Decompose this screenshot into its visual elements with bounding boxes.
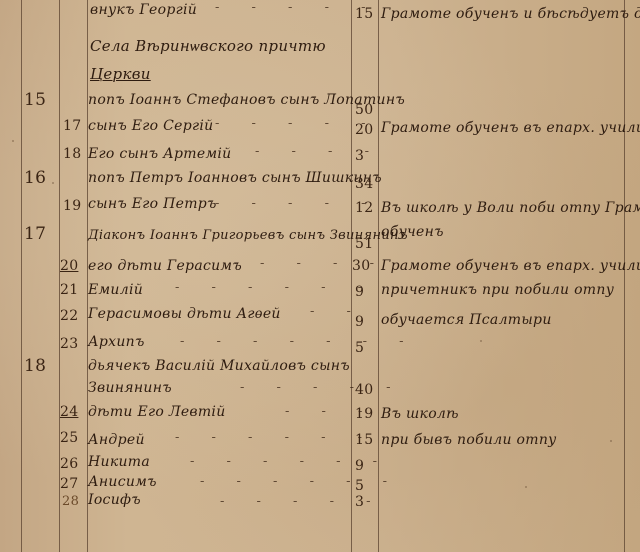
entry-age: 34 xyxy=(355,176,373,192)
entry-name: Архипъ xyxy=(88,334,145,350)
entry-name: Емилій xyxy=(88,282,143,298)
filler-dashes: - - - - - - - xyxy=(175,280,413,295)
filler-dashes: - - - - - - xyxy=(190,454,391,469)
person-number: 19 xyxy=(63,198,81,214)
filler-dashes: - - - - - xyxy=(215,116,380,131)
person-number: 18 xyxy=(63,146,81,162)
paper-speck xyxy=(12,140,14,142)
filler-dashes: - - - - xyxy=(260,256,388,271)
column-rule xyxy=(624,0,625,552)
filler-dashes: - - - - - xyxy=(215,196,380,211)
filler-dashes: - - - - - - - xyxy=(180,334,418,349)
entry-name: Звинянинъ xyxy=(88,380,172,396)
entry-name: Іосифъ xyxy=(88,492,141,508)
person-number: 17 xyxy=(63,118,81,134)
household-number: 18 xyxy=(24,358,46,374)
person-number: 22 xyxy=(60,308,78,324)
entry-name: попъ Петръ Іоанновъ сынъ Шишкинъ xyxy=(88,170,382,186)
entry-age: 51 xyxy=(355,236,373,252)
person-number: 24 xyxy=(60,404,78,420)
paper-speck xyxy=(52,182,54,184)
register-page: внукъ Георгій 15 Грамоте обученъ и бѣсѣд… xyxy=(0,0,640,552)
household-number: 16 xyxy=(24,170,46,186)
filler-dashes: - - - - - xyxy=(240,380,405,395)
entry-note: обучается Псалтыри xyxy=(381,312,552,328)
column-rule xyxy=(351,0,352,552)
person-number: 21 xyxy=(60,282,78,298)
entry-name: Его сынъ Артемій xyxy=(88,146,231,162)
person-number: 23 xyxy=(60,336,78,352)
section-heading: Церкви xyxy=(90,66,151,82)
entry-note: причетникъ при побили отпу xyxy=(381,282,614,298)
filler-dashes: - - xyxy=(310,304,365,319)
entry-name: Герасимовы дѣти Агѳей xyxy=(88,306,281,322)
entry-name: дьячекъ Василій Михайловъ сынъ xyxy=(88,358,350,374)
entry-name: внукъ Георгій xyxy=(90,2,197,18)
entry-name: Андрей xyxy=(88,432,145,448)
paper-speck xyxy=(525,486,527,488)
entry-note: Грамоте обученъ въ епарх. училищѣ xyxy=(381,120,640,136)
column-rule xyxy=(378,0,379,552)
entry-note: Въ школѣ у Воли поби отпу Грамоте xyxy=(381,200,640,216)
person-number: 28 xyxy=(62,494,79,510)
paper-speck xyxy=(610,440,612,442)
entry-name: Никита xyxy=(88,454,150,470)
entry-note: Въ школѣ xyxy=(381,406,459,422)
person-number: 20 xyxy=(60,258,78,274)
filler-dashes: - - - xyxy=(285,404,376,419)
person-number: 26 xyxy=(60,456,78,472)
paper-speck xyxy=(480,340,482,342)
filler-dashes: - - - - - xyxy=(215,0,380,15)
filler-dashes: - - - - - - xyxy=(200,474,401,489)
entry-note: Грамоте обученъ и бѣсѣдуетъ домѣ xyxy=(381,6,640,22)
filler-dashes: - - - - - - - xyxy=(175,430,413,445)
filler-dashes: - - - - xyxy=(255,144,383,159)
entry-name: дѣти Его Левтій xyxy=(88,404,226,420)
entry-name: сынъ Его Сергій xyxy=(88,118,213,134)
filler-dashes: - - - - - xyxy=(220,494,385,509)
entry-note: Грамоте обученъ въ епарх. училищѣ xyxy=(381,258,640,274)
entry-name: его дѣти Герасимъ xyxy=(88,258,242,274)
person-number: 27 xyxy=(60,476,78,492)
person-number: 25 xyxy=(60,430,78,446)
entry-name: сынъ Его Петръ xyxy=(88,196,217,212)
section-heading: Села Вѣринѡвского причтю xyxy=(90,38,326,54)
entry-note: обученъ xyxy=(381,224,444,240)
column-rule xyxy=(21,0,22,552)
household-number: 15 xyxy=(24,92,46,108)
entry-name: Анисимъ xyxy=(88,474,157,490)
household-number: 17 xyxy=(24,226,46,242)
